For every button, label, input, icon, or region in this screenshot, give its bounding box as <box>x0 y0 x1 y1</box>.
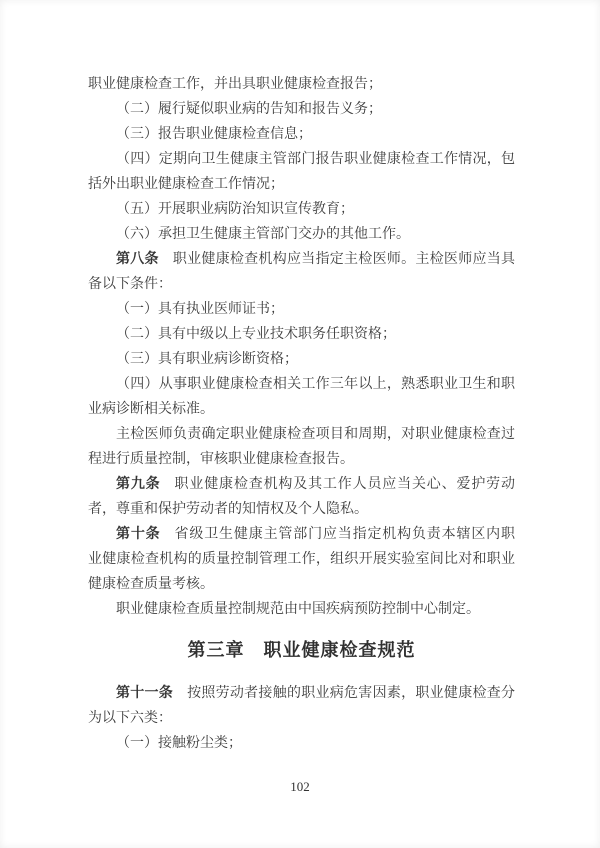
text-line: 业病诊断相关标准。 <box>88 397 515 422</box>
document-page: 职业健康检查工作，并出具职业健康检查报告；（二）履行疑似职业病的告知和报告义务；… <box>0 0 600 848</box>
text-line: 程进行质量控制，审核职业健康检查报告。 <box>88 447 515 472</box>
chapter-heading: 第三章 职业健康检查规范 <box>88 638 515 663</box>
text-line: 职业健康检查质量控制规范由中国疾病预防控制中心制定。 <box>88 597 515 622</box>
text-line: （四）从事职业健康检查相关工作三年以上，熟悉职业卫生和职 <box>88 372 515 397</box>
text-line: （三）报告职业健康检查信息； <box>88 122 515 147</box>
text-line: （六）承担卫生健康主管部门交办的其他工作。 <box>88 222 515 247</box>
line-text: 职业健康检查机构应当指定主检医师。主检医师应当具 <box>173 252 515 267</box>
text-line: （四）定期向卫生健康主管部门报告职业健康检查工作情况，包 <box>88 147 515 172</box>
text-line: 为以下六类： <box>88 706 515 731</box>
text-line: 主检医师负责确定职业健康检查项目和周期，对职业健康检查过 <box>88 422 515 447</box>
article-number: 第十条 <box>116 527 161 542</box>
text-line: 括外出职业健康检查工作情况； <box>88 172 515 197</box>
text-line: 第九条职业健康检查机构及其工作人员应当关心、爱护劳动 <box>88 472 515 497</box>
article-number: 第八条 <box>116 252 159 267</box>
text-line: 者，尊重和保护劳动者的知情权及个人隐私。 <box>88 497 515 522</box>
text-line: 备以下条件： <box>88 272 515 297</box>
text-line: （二）履行疑似职业病的告知和报告义务； <box>88 97 515 122</box>
text-line: 职业健康检查工作，并出具职业健康检查报告； <box>88 72 515 97</box>
line-text: 按照劳动者接触的职业病危害因素，职业健康检查分 <box>187 686 515 701</box>
text-line: （五）开展职业病防治知识宣传教育； <box>88 197 515 222</box>
article-number: 第九条 <box>116 477 161 492</box>
text-line: 第十条省级卫生健康主管部门应当指定机构负责本辖区内职 <box>88 522 515 547</box>
page-number: 102 <box>0 779 600 795</box>
document-body: 职业健康检查工作，并出具职业健康检查报告；（二）履行疑似职业病的告知和报告义务；… <box>88 72 515 756</box>
text-line: 业健康检查机构的质量控制管理工作，组织开展实验室间比对和职业 <box>88 547 515 572</box>
text-line: （二）具有中级以上专业技术职务任职资格； <box>88 322 515 347</box>
text-line: （一）具有执业医师证书； <box>88 297 515 322</box>
line-text: 职业健康检查机构及其工作人员应当关心、爱护劳动 <box>175 477 515 492</box>
line-text: 省级卫生健康主管部门应当指定机构负责本辖区内职 <box>175 527 515 542</box>
text-line: 第八条职业健康检查机构应当指定主检医师。主检医师应当具 <box>88 247 515 272</box>
text-line: （三）具有职业病诊断资格； <box>88 347 515 372</box>
article-number: 第十一条 <box>116 686 173 701</box>
text-line: 健康检查质量考核。 <box>88 572 515 597</box>
text-line: （一）接触粉尘类； <box>88 731 515 756</box>
text-line: 第十一条按照劳动者接触的职业病危害因素，职业健康检查分 <box>88 681 515 706</box>
